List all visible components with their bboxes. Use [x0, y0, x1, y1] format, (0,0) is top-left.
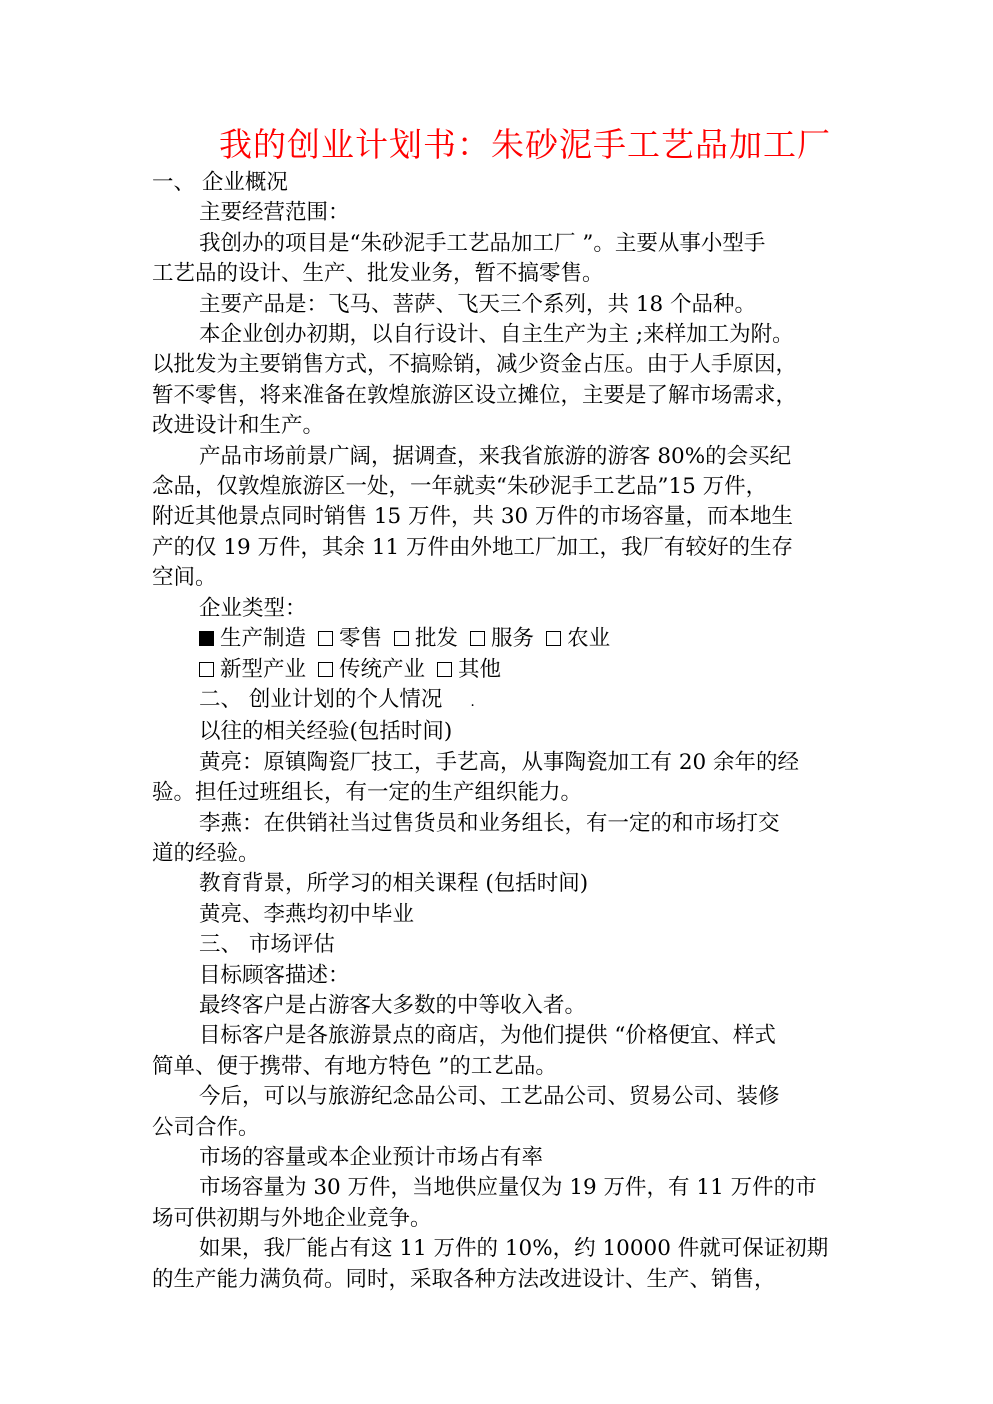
paragraph-line: 如果，我厂能占有这 11 万件的 10%，约 10000 件就可保证初期: [152, 1234, 842, 1264]
document-page: 我的创业计划书：朱砂泥手工艺品加工厂 一、 企业概况主要经营范围：我创办的项目是…: [152, 122, 842, 1295]
enterprise-type-option[interactable]: 其他: [437, 657, 501, 682]
enterprise-type-row-2: 新型产业传统产业其他: [152, 655, 842, 685]
paragraph-line: 主要产品是：飞马、菩萨、飞天三个系列，共 18 个品种。: [152, 290, 842, 320]
paragraph-line: 道的经验。: [152, 839, 842, 869]
paragraph-line: 的生产能力满负荷。同时，采取各种方法改进设计、生产、销售，: [152, 1265, 842, 1295]
paragraph-line: 念品，仅敦煌旅游区一处，一年就卖“朱砂泥手工艺品”15 万件，: [152, 472, 842, 502]
paragraph-line: 黄亮、李燕均初中毕业: [152, 900, 842, 930]
enterprise-type-option[interactable]: 零售: [318, 626, 382, 651]
option-label: 传统产业: [339, 657, 425, 682]
option-label: 服务: [491, 626, 534, 651]
paragraph-line: 三、 市场评估: [152, 930, 842, 960]
paragraph-line: 简单、便于携带、有地方特色 ”的工艺品。: [152, 1052, 842, 1082]
paragraph-line: 空间。: [152, 563, 842, 593]
checkbox-empty-icon[interactable]: [437, 662, 452, 677]
checkbox-checked-icon[interactable]: [199, 631, 214, 646]
option-label: 其他: [458, 657, 501, 682]
paragraph-line: 李燕：在供销社当过售货员和业务组长，有一定的和市场打交: [152, 809, 842, 839]
paragraph-line: 目标顾客描述：: [152, 961, 842, 991]
enterprise-type-option[interactable]: 新型产业: [199, 657, 306, 682]
paragraph-line: 验。担任过班组长，有一定的生产组织能力。: [152, 778, 842, 808]
paragraph-line: 改进设计和生产。: [152, 411, 842, 441]
stray-mark: .: [470, 694, 474, 710]
section-2-heading: 二、 创业计划的个人情况.: [152, 685, 842, 717]
paragraph-line: 黄亮：原镇陶瓷厂技工，手艺高，从事陶瓷加工有 20 余年的经: [152, 748, 842, 778]
checkbox-empty-icon[interactable]: [318, 631, 333, 646]
checkbox-empty-icon[interactable]: [318, 662, 333, 677]
paragraph-line: 暂不零售，将来准备在敦煌旅游区设立摊位，主要是了解市场需求，: [152, 381, 842, 411]
option-label: 新型产业: [220, 657, 306, 682]
enterprise-type-option[interactable]: 传统产业: [318, 657, 425, 682]
paragraph-line: 今后，可以与旅游纪念品公司、工艺品公司、贸易公司、装修: [152, 1082, 842, 1112]
checkbox-empty-icon[interactable]: [394, 631, 409, 646]
paragraph-line: 一、 企业概况: [152, 168, 842, 198]
paragraph-line: 附近其他景点同时销售 15 万件，共 30 万件的市场容量，而本地生: [152, 502, 842, 532]
checkbox-empty-icon[interactable]: [546, 631, 561, 646]
paragraph-line: 市场的容量或本企业预计市场占有率: [152, 1143, 842, 1173]
option-label: 生产制造: [220, 626, 306, 651]
paragraph-line: 目标客户是各旅游景点的商店，为他们提供 “价格便宜、样式: [152, 1021, 842, 1051]
paragraph-line: 我创办的项目是“朱砂泥手工艺品加工厂 ”。主要从事小型手: [152, 229, 842, 259]
paragraph-line: 最终客户是占游客大多数的中等收入者。: [152, 991, 842, 1021]
enterprise-type-row-1: 生产制造零售批发服务农业: [152, 624, 842, 654]
paragraph-line: 主要经营范围：: [152, 198, 842, 228]
paragraph-line: 教育背景，所学习的相关课程 (包括时间): [152, 869, 842, 899]
paragraph-line: 市场容量为 30 万件，当地供应量仅为 19 万件，有 11 万件的市: [152, 1173, 842, 1203]
document-title: 我的创业计划书：朱砂泥手工艺品加工厂: [152, 122, 842, 168]
paragraph-line: 本企业创办初期，以自行设计、自主生产为主 ;来样加工为附。: [152, 320, 842, 350]
paragraph-line: 公司合作。: [152, 1113, 842, 1143]
checkbox-empty-icon[interactable]: [470, 631, 485, 646]
paragraph-line: 场可供初期与外地企业竞争。: [152, 1204, 842, 1234]
paragraph-line: 企业类型：: [152, 594, 842, 624]
option-label: 批发: [415, 626, 458, 651]
paragraph-line: 产的仅 19 万件，其余 11 万件由外地工厂加工，我厂有较好的生存: [152, 533, 842, 563]
option-label: 农业: [567, 626, 610, 651]
enterprise-type-option[interactable]: 服务: [470, 626, 534, 651]
option-label: 零售: [339, 626, 382, 651]
enterprise-type-option[interactable]: 批发: [394, 626, 458, 651]
section-1-body: 一、 企业概况主要经营范围：我创办的项目是“朱砂泥手工艺品加工厂 ”。主要从事小…: [152, 168, 842, 624]
paragraph-line: 以往的相关经验(包括时间): [152, 717, 842, 747]
paragraph-line: 以批发为主要销售方式，不搞赊销，减少资金占压。由于人手原因，: [152, 350, 842, 380]
paragraph-line: 产品市场前景广阔，据调查，来我省旅游的游客 80%的会买纪: [152, 442, 842, 472]
enterprise-type-option[interactable]: 生产制造: [199, 626, 306, 651]
paragraph-line: 工艺品的设计、生产、批发业务，暂不搞零售。: [152, 259, 842, 289]
section-2-heading-text: 二、 创业计划的个人情况: [199, 687, 442, 712]
section-2-3-body: 以往的相关经验(包括时间)黄亮：原镇陶瓷厂技工，手艺高，从事陶瓷加工有 20 余…: [152, 717, 842, 1295]
checkbox-empty-icon[interactable]: [199, 662, 214, 677]
enterprise-type-option[interactable]: 农业: [546, 626, 610, 651]
